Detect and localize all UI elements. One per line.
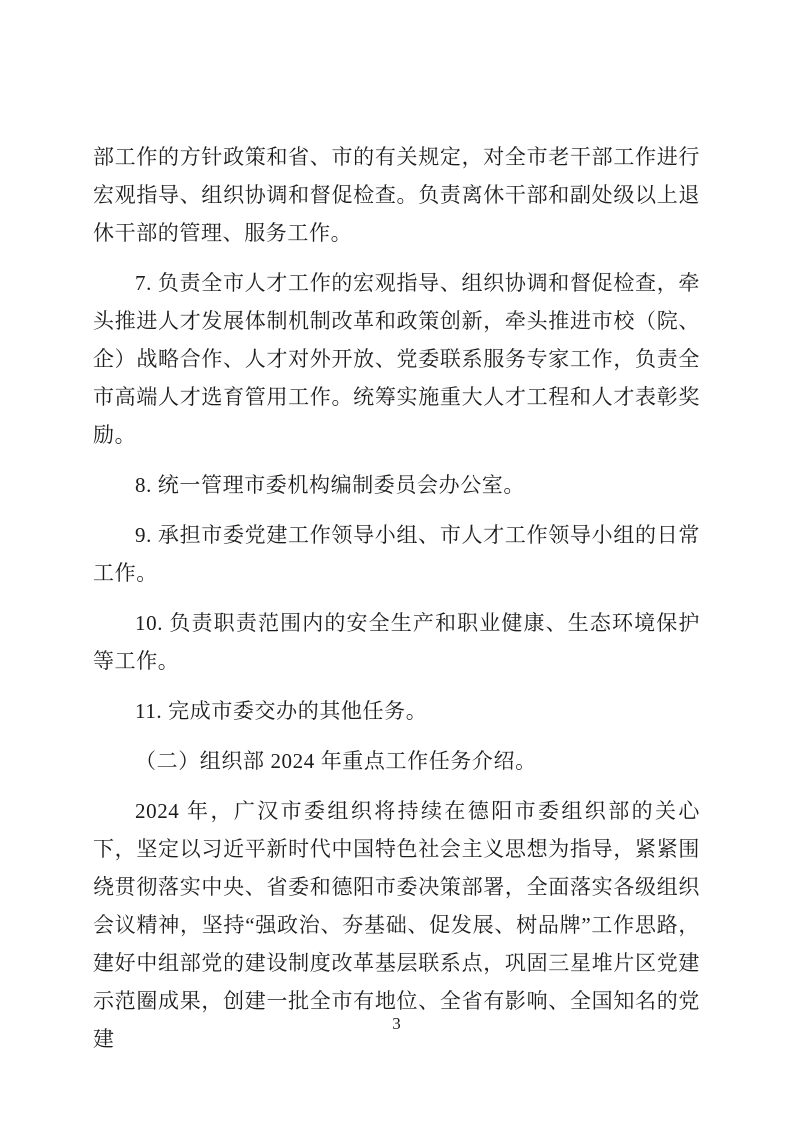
document-page: 部工作的方针政策和省、市的有关规定，对全市老干部工作进行宏观指导、组织协调和督促… [0,0,793,1058]
paragraph-item-8: 8. 统一管理市委机构编制委员会办公室。 [93,466,700,504]
paragraph-item-10: 10. 负责职责范围内的安全生产和职业健康、生态环境保护等工作。 [93,604,700,680]
paragraph-item-11: 11. 完成市委交办的其他任务。 [93,692,700,730]
paragraph-item-9: 9. 承担市委党建工作领导小组、市人才工作领导小组的日常工作。 [93,516,700,592]
paragraph-item-7: 7. 负责全市人才工作的宏观指导、组织协调和督促检查，牵头推进人才发展体制机制改… [93,264,700,454]
section-heading: （二）组织部 2024 年重点工作任务介绍。 [93,742,700,780]
page-footer: 3 [0,1014,793,1034]
paragraph-continuation: 部工作的方针政策和省、市的有关规定，对全市老干部工作进行宏观指导、组织协调和督促… [93,138,700,252]
page-number: 3 [392,1014,401,1033]
